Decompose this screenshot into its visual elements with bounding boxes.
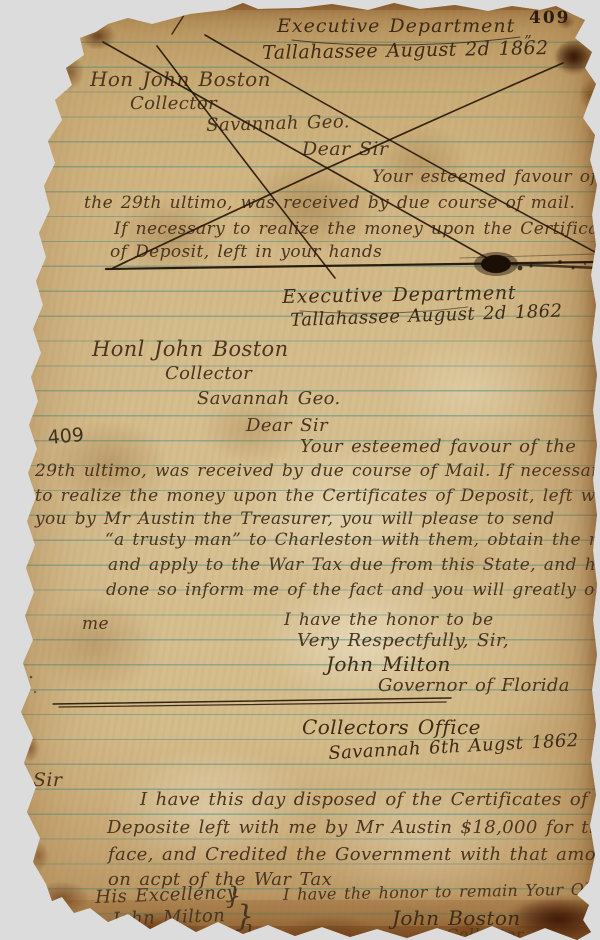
draft-recipient-name: Hon John Boston [90, 69, 271, 89]
gov-signature: John Milton [326, 654, 451, 674]
draft-body-line-4: of Deposit, left in your hands [110, 244, 382, 261]
gov-recipient-name: Honl John Boston [92, 339, 289, 360]
gov-body-line-3: to realize the money upon the Certificat… [35, 488, 600, 505]
coll-brace-3: } [242, 924, 256, 940]
gov-body-line-1: Your esteemed favour of the [300, 438, 576, 456]
margin-page-number: 409 [47, 426, 85, 448]
gov-body-line-4: you by Mr Austin the Treasurer, you will… [35, 511, 555, 528]
gov-body-line-8: me [82, 616, 109, 633]
gov-valediction-2: Very Respectfully, Sir, [297, 632, 509, 650]
coll-addressee-line-2: John Milton [112, 907, 226, 929]
draft-salutation: Dear Sir [302, 140, 388, 159]
printed-page-number: 409 [529, 10, 571, 27]
gov-body-line-5: “a trusty man” to Charleston with them, … [105, 532, 600, 549]
gov-body-line-6: and apply to the War Tax due from this S… [108, 557, 600, 574]
coll-addressee-line-1: His Excellency [95, 884, 238, 907]
coll-body-line-1: I have this day disposed of the Certific… [140, 791, 600, 809]
gov-recipient-title: Collector [165, 365, 252, 383]
draft-recipient-title: Collector [130, 95, 217, 113]
gov-signature-title: Governor of Florida [378, 677, 570, 695]
coll-addressee-line-3: Fla [160, 930, 185, 940]
gov-recipient-city: Savannah Geo. [197, 390, 341, 408]
draft-body-line-2: the 29th ultimo, was received by due cou… [84, 195, 575, 212]
coll-body-line-3: face, and Credited the Government with t… [108, 846, 600, 864]
coll-body-line-2: Deposite left with me by Mr Austin $18,0… [107, 819, 600, 837]
gov-valediction-1: I have the honor to be [284, 612, 494, 629]
ditto-mark-2: ” [576, 34, 584, 49]
draft-heading-office: Executive Department [277, 17, 515, 36]
coll-signature-title: Collector [446, 927, 524, 940]
draft-recipient-city: Savannah Geo. [206, 113, 350, 135]
signature-rule-bottom [59, 702, 446, 707]
coll-salutation: Sir [33, 771, 62, 790]
separator-rule-faint [460, 254, 596, 258]
manuscript-page: 409 409 ” ” Executive Department Tallaha… [0, 0, 600, 940]
stray-pen-mark [172, 12, 186, 34]
ink-blot [474, 252, 586, 276]
draft-heading-dateline: Tallahassee August 2d 1862 [262, 39, 549, 63]
separator-rule [106, 262, 597, 269]
gov-body-line-7: done so inform me of the fact and you wi… [106, 582, 600, 599]
draft-body-line-1: Your esteemed favour of [372, 169, 597, 186]
coll-valediction: I have the honor to remain Your Obt St [283, 881, 600, 903]
mold-speckles [11, 663, 36, 707]
coll-heading-office: Collectors Office [302, 717, 481, 737]
signature-rule-top [53, 698, 451, 704]
gov-salutation: Dear Sir [246, 417, 328, 435]
ink-streak [512, 264, 596, 268]
scanned-letterbook-page: { "page": { "printed_page_number": "409"… [0, 0, 600, 940]
draft-body-line-3: If necessary to realize the money upon t… [114, 221, 600, 238]
gov-body-line-2: 29th ultimo, was received by due course … [35, 463, 600, 480]
